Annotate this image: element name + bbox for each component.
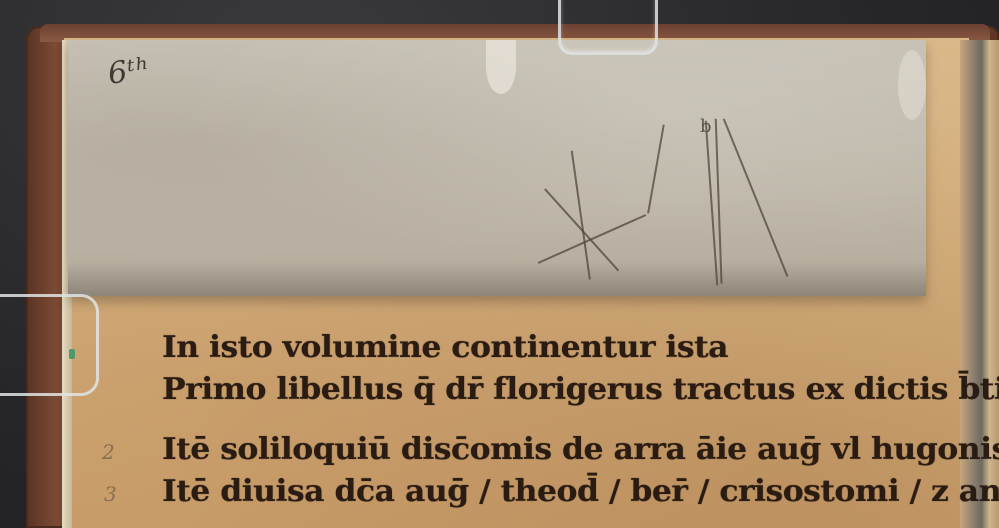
line-number: 3 [104,482,117,506]
stain [486,40,516,94]
vellum-flap [68,40,926,296]
flap-shadow [68,262,926,296]
manuscript-line: In isto volumine continentur ista [162,330,728,365]
line-number: 2 [102,440,115,464]
stain [898,50,926,120]
manuscript-line: Primo libellus q̄ dr̄ florigerus tractus… [162,372,999,407]
manuscript-line: Itē soliloquiū disc̄omis de arra āie … [162,432,999,467]
plastic-clip-top [558,0,658,55]
folio-number: 6ᵗʰ [106,51,153,92]
pencil-mark: b [700,116,712,137]
plastic-clip-left [0,294,99,396]
manuscript-line: Itē diuisa dc̄a auḡ / theod̄ / ber̄ / … [162,474,999,509]
